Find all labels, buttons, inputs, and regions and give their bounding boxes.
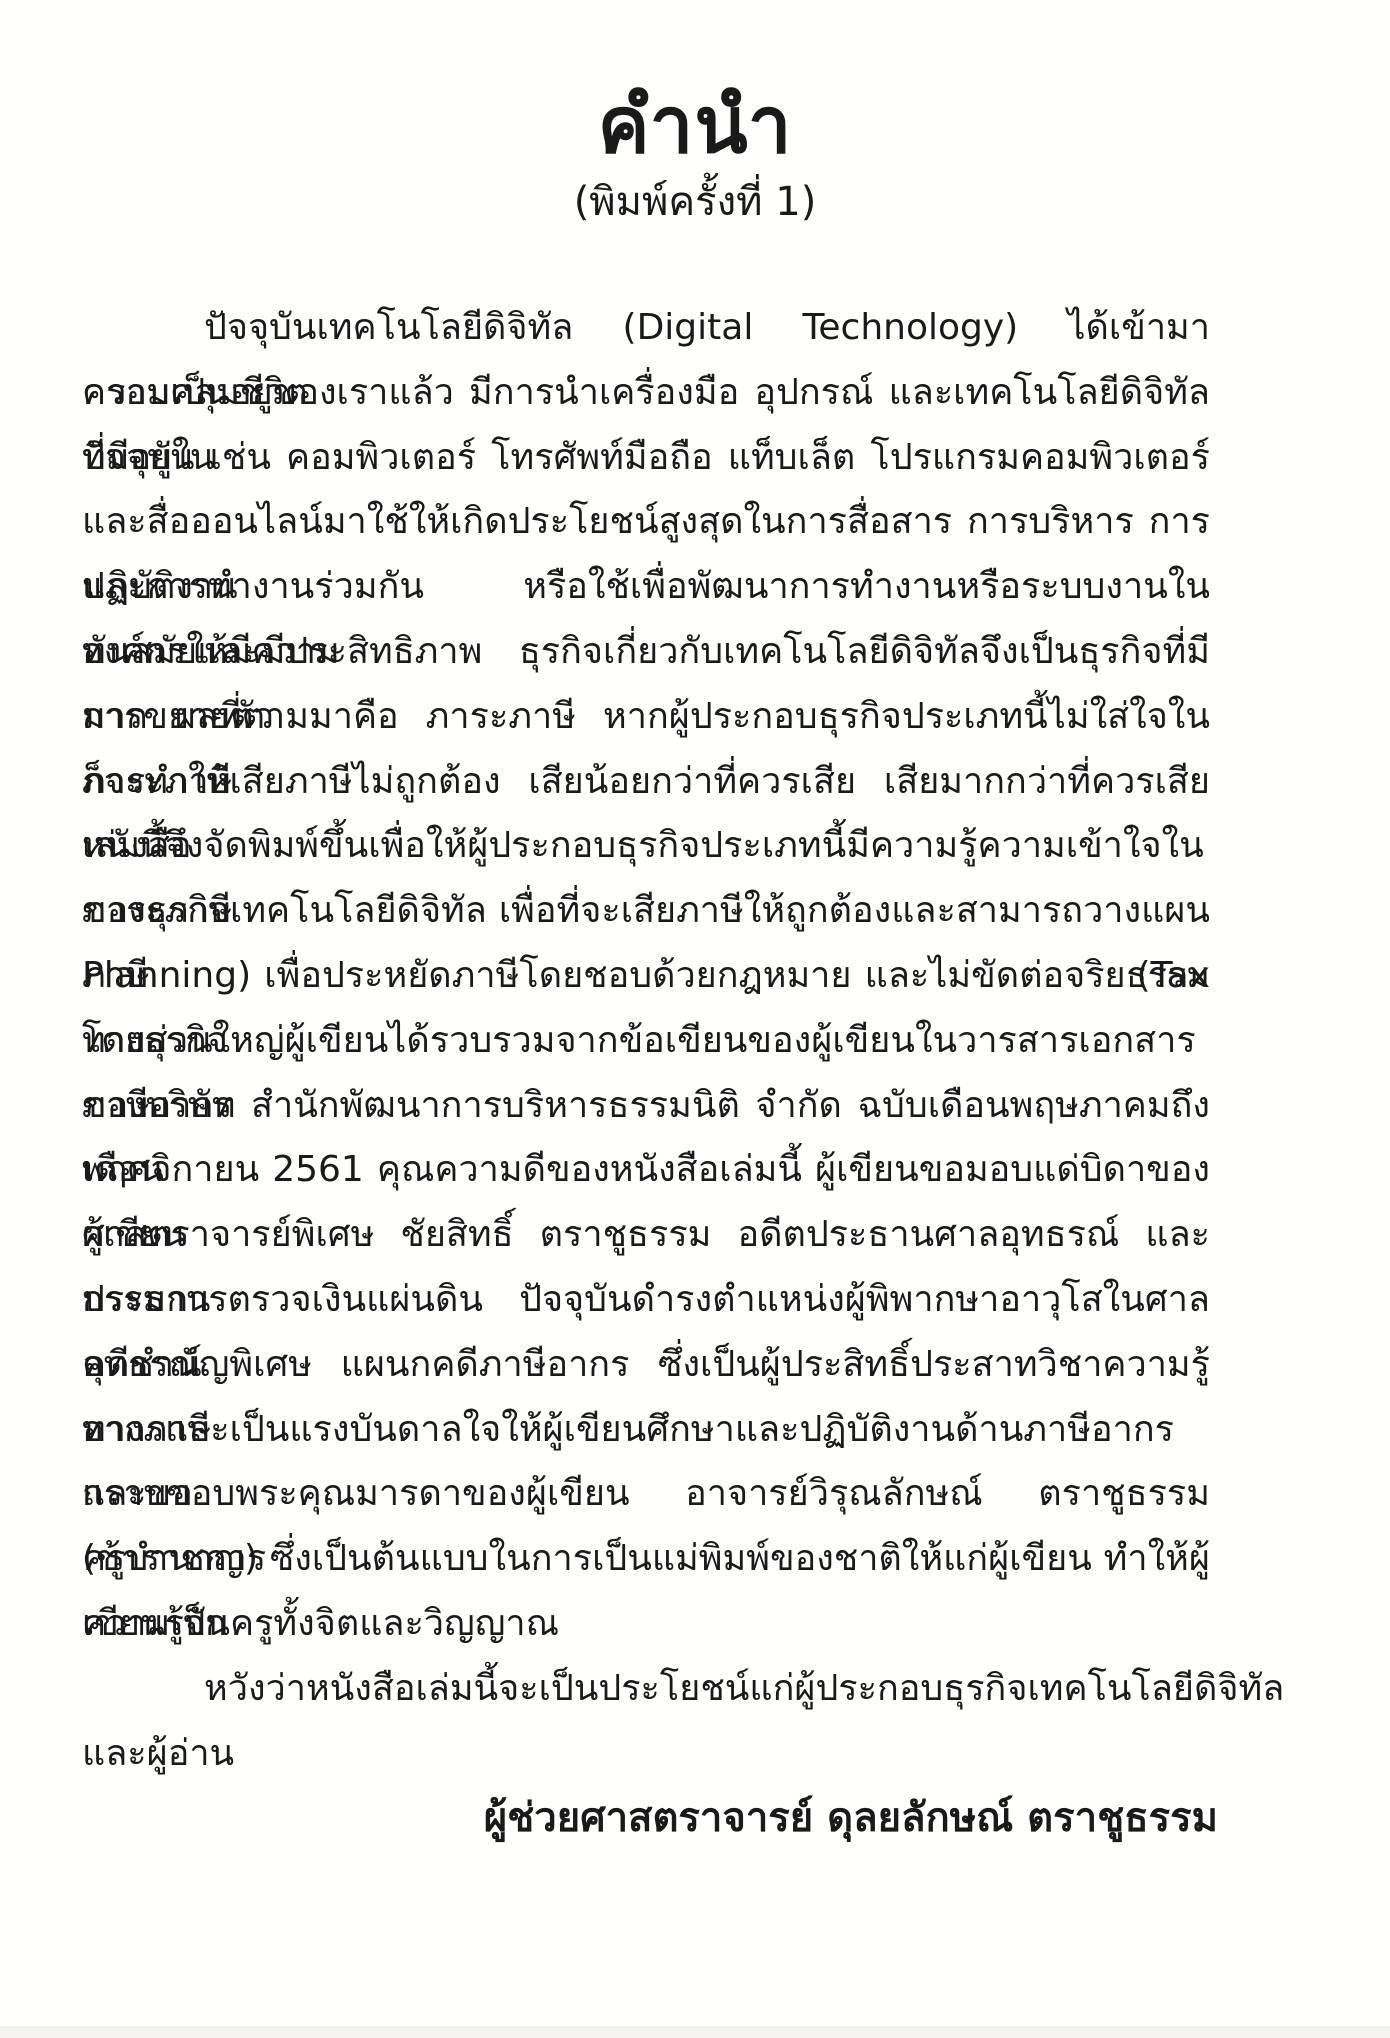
page-title: คำนำ bbox=[0, 0, 1390, 176]
body-line: ของบริษัท สำนักพัฒนาการบริหารธรรมนิติ จำ… bbox=[82, 1074, 1210, 1139]
body-line: และการทำงานร่วมกัน หรือใช้เพื่อพัฒนาการท… bbox=[82, 555, 1210, 620]
body-line: ความเป็นอยู่ของเราแล้ว มีการนำเครื่องมือ… bbox=[82, 361, 1210, 426]
body-line: ครูบำนาญ) ซึ่งเป็นต้นแบบในการเป็นแม่พิมพ… bbox=[82, 1527, 1210, 1592]
body-line: ทันสมัยและมีประสิทธิภาพ ธุรกิจเกี่ยวกับเ… bbox=[82, 620, 1210, 685]
body-line: ศาสตราจารย์พิเศษ ชัยสิทธิ์ ตราชูธรรม อดี… bbox=[82, 1203, 1210, 1268]
body-line: มาก ผลที่ตามมาคือ ภาระภาษี หากผู้ประกอบธ… bbox=[82, 685, 1210, 750]
body-line: ความเป็นครูทั้งจิตและวิญญาณ bbox=[82, 1592, 1210, 1657]
body-line: กราบขอบพระคุณมารดาของผู้เขียน อาจารย์วิร… bbox=[82, 1462, 1210, 1527]
body-line: และผู้อ่าน bbox=[82, 1722, 1210, 1787]
preface-body: ปัจจุบันเทคโนโลยีดิจิทัล (Digital Techno… bbox=[82, 296, 1210, 1786]
body-line: Planning) เพื่อประหยัดภาษีโดยชอบด้วยกฎหม… bbox=[82, 944, 1210, 1009]
body-line: กรรมการตรวจเงินแผ่นดิน ปัจจุบันดำรงตำแหน… bbox=[82, 1268, 1210, 1333]
body-line: หวังว่าหนังสือเล่มนี้จะเป็นประโยชน์แก่ผู… bbox=[82, 1657, 1210, 1722]
document-page: คำนำ (พิมพ์ครั้งที่ 1) ปัจจุบันเทคโนโลยี… bbox=[0, 0, 1390, 2038]
body-line: ของธุรกิจเทคโนโลยีดิจิทัล เพื่อที่จะเสีย… bbox=[82, 879, 1210, 944]
body-line: เล่มนี้จึงจัดพิมพ์ขึ้นเพื่อให้ผู้ประกอบธ… bbox=[82, 814, 1210, 879]
body-line: ก็จะทำให้เสียภาษีไม่ถูกต้อง เสียน้อยกว่า… bbox=[82, 750, 1210, 815]
body-line: ปัจจุบัน เช่น คอมพิวเตอร์ โทรศัพท์มือถือ… bbox=[82, 426, 1210, 491]
body-line: คดีชำนัญพิเศษ แผนกคดีภาษีอากร ซึ่งเป็นผู… bbox=[82, 1333, 1210, 1398]
body-line: พฤศจิกายน 2561 คุณความดีของหนังสือเล่มนี… bbox=[82, 1138, 1210, 1203]
body-line: โดยส่วนใหญ่ผู้เขียนได้รวบรวมจากข้อเขียนข… bbox=[82, 1009, 1210, 1074]
body-line: ปัจจุบันเทคโนโลยีดิจิทัล (Digital Techno… bbox=[82, 296, 1210, 361]
author-signature: ผู้ช่วยศาสตราจารย์ ดุลยลักษณ์ ตราชูธรรม bbox=[82, 1786, 1218, 1850]
body-line: อากรและเป็นแรงบันดาลใจให้ผู้เขียนศึกษาแล… bbox=[82, 1398, 1210, 1463]
edition-note: (พิมพ์ครั้งที่ 1) bbox=[0, 178, 1390, 226]
page-bottom-shade bbox=[0, 2026, 1390, 2038]
body-line: และสื่อออนไลน์มาใช้ให้เกิดประโยชน์สูงสุด… bbox=[82, 490, 1210, 555]
